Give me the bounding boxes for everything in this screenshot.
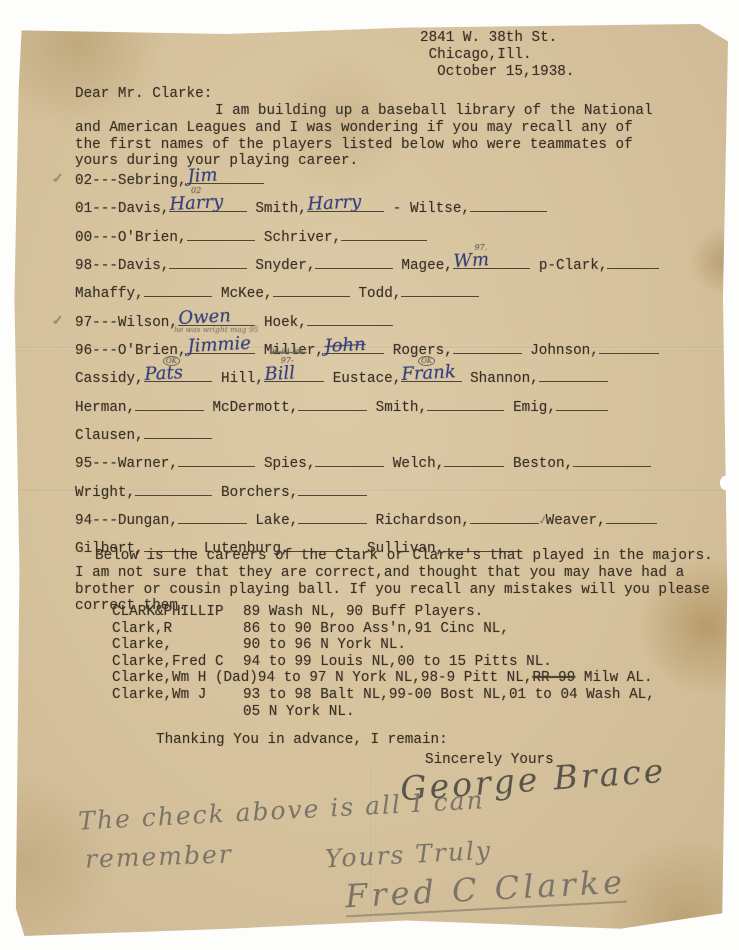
typed-name: 97---Wilson, (75, 315, 178, 331)
address-line: 2841 W. 38th St. (420, 30, 574, 47)
typed-name: 95---Warner, (75, 456, 178, 472)
roster-row: Cassidy,PatsOK Hill,Bill97-96-94 98C Eus… (75, 368, 659, 396)
pencil-checkmark-icon: ✓ (51, 170, 66, 187)
handwritten-name: John (324, 334, 366, 357)
answer-blank (187, 227, 256, 241)
typed-name: 00---O'Brien, (75, 230, 187, 246)
typed-name: Smith, (247, 201, 307, 217)
pencil-note-line2: remember (85, 839, 234, 873)
roster-row: Herman, McDermott, Smith, Emig, (75, 397, 659, 425)
clark-record-career: 94 to 99 Louis NL,00 to 15 Pitts NL. (243, 654, 552, 670)
typed-name: Herman, (75, 400, 135, 416)
address-line: October 15,1938. (420, 64, 574, 81)
typed-name: Beston, (504, 456, 573, 472)
intro-paragraph: I am building up a baseball library of t… (75, 103, 653, 170)
answer-blank (144, 283, 213, 297)
typed-name: 94---Dungan, (75, 513, 178, 529)
player-roster: ✓02---Sebring,Jim01---Davis,Harry02 Smit… (75, 170, 659, 567)
typed-name: - Wiltse, (384, 201, 470, 217)
letter-paper: 2841 W. 38th St. Chicago,Ill. October 15… (13, 24, 728, 936)
answer-blank: Wm97. (453, 255, 530, 269)
intro-line: and American Leagues and I was wondering… (75, 120, 653, 137)
answer-blank: Owenhe was wright mag 95 (178, 312, 255, 326)
roster-row: ✓02---Sebring,Jim (75, 170, 659, 198)
struck-text: RR 99 (532, 670, 575, 686)
pencil-annotation: 02 (191, 186, 201, 195)
roster-row: 00---O'Brien, Schriver, (75, 227, 659, 255)
typed-name: Smith, (367, 400, 427, 416)
intro-line: the first names of the players listed be… (75, 137, 653, 154)
typed-name: Hoek, (255, 315, 306, 331)
pencil-annotation-struck: 96-94 98C (270, 348, 307, 356)
clark-record-name: Clarke, (112, 637, 243, 654)
careers-paragraph-line: Below is the careers of the Clark or Cla… (75, 548, 713, 565)
roster-row: ✓97---Wilson,Owenhe was wright mag 95 Ho… (75, 312, 659, 340)
typed-name: p-Clark, (530, 258, 607, 274)
handwritten-name: Jim (186, 164, 217, 187)
clark-record-row: Clarke,90 to 96 N York NL. (112, 637, 655, 654)
typed-name: Magee, (393, 258, 453, 274)
pencil-note-line1: The check above is all I can (78, 785, 486, 835)
answer-blank (315, 255, 392, 269)
intro-line: yours during your playing career. (75, 153, 653, 170)
pencil-annotation: 97. (475, 243, 488, 252)
clark-record-row: Clarke,Wm H (Dad) 94 to 97 N York NL,98-… (112, 670, 655, 687)
typed-name: Rogers, (384, 343, 453, 359)
answer-blank: FrankOK (401, 368, 461, 382)
typed-name: 02---Sebring, (75, 173, 187, 189)
answer-blank (144, 425, 213, 439)
typed-name: Weaver, (546, 513, 606, 529)
pencil-annotation: 97- (281, 356, 294, 365)
typed-name: Hill, (212, 371, 263, 387)
answer-blank (307, 312, 393, 326)
clark-record-career: 89 Wash NL, 90 Buff Players. (243, 604, 483, 620)
answer-blank (178, 510, 247, 524)
typed-name: Schriver, (255, 230, 341, 246)
typed-name: Wright, (75, 485, 135, 501)
answer-blank (341, 227, 427, 241)
answer-blank (470, 198, 547, 212)
roster-row: Wright, Borchers, (75, 482, 659, 510)
typed-name: Eustace, (324, 371, 401, 387)
clark-record-name: Clarke,Wm H (Dad) (112, 670, 258, 687)
typed-name: Shannon, (462, 371, 539, 387)
answer-blank (606, 510, 658, 524)
clark-record-row: 05 N York NL. (112, 704, 655, 721)
answer-blank: Harry (307, 198, 384, 212)
roster-row: 98---Davis, Snyder, Magee,Wm97. p-Clark, (75, 255, 659, 283)
handwritten-name: Bill (264, 363, 296, 386)
sender-address: 2841 W. 38th St. Chicago,Ill. October 15… (420, 30, 574, 80)
clark-record-row: Clark,R86 to 90 Broo Ass'n,91 Cinc NL, (112, 621, 655, 638)
paper-chip (720, 476, 730, 490)
answer-blank (470, 510, 539, 524)
typed-name: Emig, (504, 400, 555, 416)
salutation: Dear Mr. Clarke: (75, 86, 212, 103)
clark-record-name: Clarke,Fred C (112, 654, 243, 671)
clark-record-row: CLARK&PHILLIP89 Wash NL, 90 Buff Players… (112, 604, 655, 621)
answer-blank: John (324, 340, 384, 354)
typed-name: 98---Davis, (75, 258, 169, 274)
careers-paragraph-line: brother or cousin playing ball. If you r… (75, 582, 713, 599)
typed-name: Snyder, (247, 258, 316, 274)
roster-row: 01---Davis,Harry02 Smith,Harry - Wiltse, (75, 198, 659, 226)
clark-record-name: CLARK&PHILLIP (112, 604, 243, 621)
scan-background: 2841 W. 38th St. Chicago,Ill. October 15… (0, 0, 739, 950)
answer-blank (169, 255, 246, 269)
answer-blank: Jimmie (187, 340, 256, 354)
answer-blank: Harry02 (169, 198, 246, 212)
answer-blank (298, 397, 367, 411)
answer-blank (298, 482, 367, 496)
careers-paragraph-line: I am not sure that they are correct,and … (75, 565, 713, 582)
pencil-checkmark-icon: ✓ (51, 312, 66, 329)
answer-blank (539, 368, 608, 382)
answer-blank (444, 453, 504, 467)
roster-row: 94---Dungan, Lake, Richardson,✓Weaver, (75, 510, 659, 538)
typed-name: Todd, (350, 286, 401, 302)
roster-row: Clausen, (75, 425, 659, 453)
intro-line: I am building up a baseball library of t… (75, 103, 653, 120)
typed-name: McDermott, (204, 400, 298, 416)
clark-record-name: Clarke,Wm J (112, 687, 243, 704)
clark-record-career: 86 to 90 Broo Ass'n,91 Cinc NL, (243, 621, 509, 637)
clark-records-table: CLARK&PHILLIP89 Wash NL, 90 Buff Players… (112, 604, 655, 720)
answer-blank (315, 453, 384, 467)
answer-blank (573, 453, 650, 467)
answer-blank (453, 340, 522, 354)
answer-blank: PatsOK (144, 368, 213, 382)
answer-blank (273, 283, 350, 297)
clark-record-career: 90 to 96 N York NL. (243, 637, 406, 653)
answer-blank (427, 397, 504, 411)
handwritten-name: Wm (453, 249, 490, 272)
typed-name: Borchers, (212, 485, 298, 501)
typed-name: Clausen, (75, 428, 144, 444)
clark-record-row: Clarke,Fred C94 to 99 Louis NL,00 to 15 … (112, 654, 655, 671)
answer-blank: Bill97-96-94 98C (264, 368, 324, 382)
answer-blank (401, 283, 478, 297)
answer-blank (135, 397, 204, 411)
clark-record-name: Clark,R (112, 621, 243, 638)
typed-name: Cassidy, (75, 371, 144, 387)
typed-name: 01---Davis, (75, 201, 169, 217)
clark-record-career: 93 to 98 Balt NL,99-00 Bost NL,01 to 04 … (243, 687, 655, 703)
answer-blank (599, 340, 659, 354)
handwritten-name: Pats (144, 362, 184, 385)
clark-record-row: Clarke,Wm J93 to 98 Balt NL,99-00 Bost N… (112, 687, 655, 704)
pencil-valediction: Yours Truly (324, 836, 492, 874)
typed-name: Spies, (255, 456, 315, 472)
typed-name: Richardson, (367, 513, 470, 529)
answer-blank: Jim (187, 170, 264, 184)
fred-clarke-signature: Fred C Clarke (344, 863, 627, 918)
typed-name: Johnson, (522, 343, 599, 359)
answer-blank (298, 510, 367, 524)
typed-name: McKee, (212, 286, 272, 302)
closing-line: Thanking You in advance, I remain: (156, 732, 448, 749)
answer-blank (135, 482, 212, 496)
typed-name: Mahaffy, (75, 286, 144, 302)
typed-name: Lake, (247, 513, 298, 529)
roster-row: 95---Warner, Spies, Welch, Beston, (75, 453, 659, 481)
answer-blank (178, 453, 255, 467)
clark-record-career: 05 N York NL. (243, 704, 355, 720)
handwritten-name: Jimmie (186, 333, 251, 357)
roster-row: Mahaffy, McKee, Todd, (75, 283, 659, 311)
typed-name: Welch, (384, 456, 444, 472)
clark-record-career: 94 to 97 N York NL,98-9 Pitt NL,RR 99 Mi… (258, 670, 653, 686)
address-line: Chicago,Ill. (420, 47, 574, 64)
handwritten-name: Harry (307, 192, 362, 216)
answer-blank (607, 255, 659, 269)
answer-blank (556, 397, 608, 411)
